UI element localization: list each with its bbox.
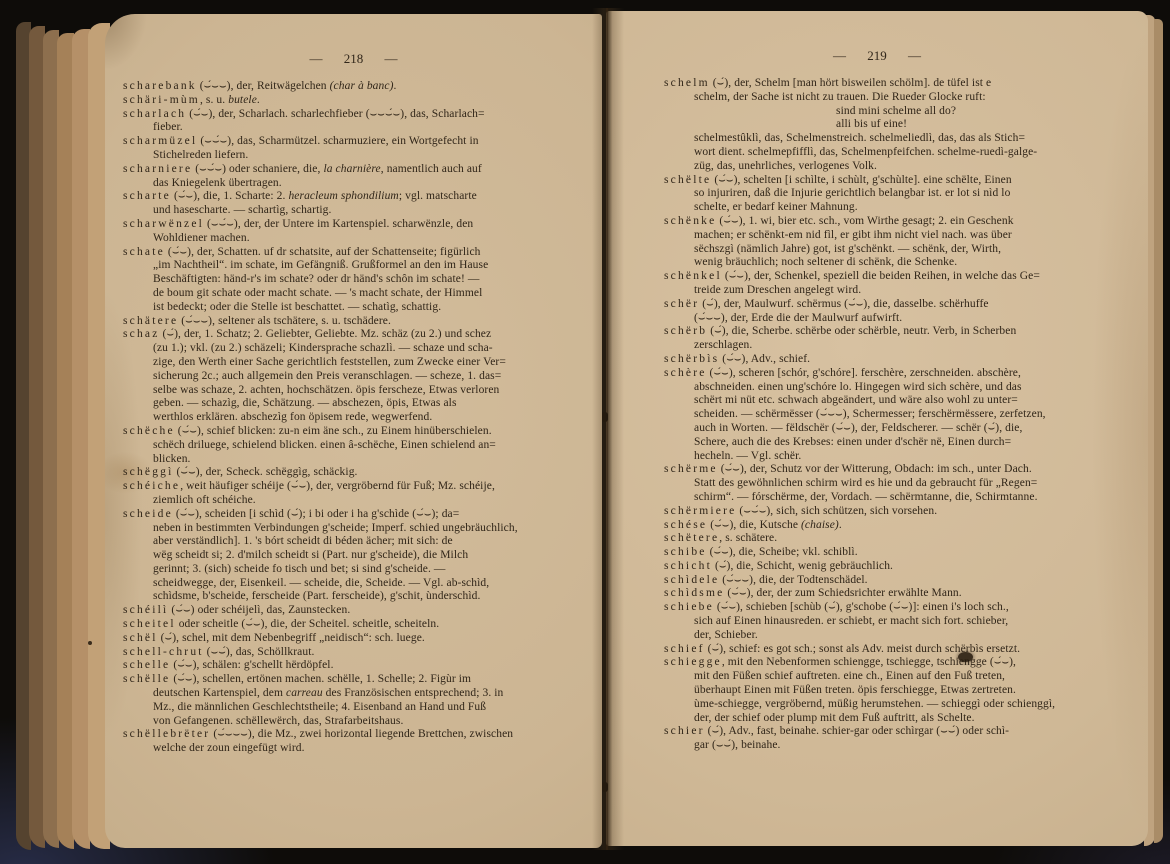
verse-line: alli bis uf eine! [664,118,1110,132]
page-219: — 219 — schelm (⌣́), der, Schelm [man hö… [606,11,1148,846]
headword: schibe [664,546,707,558]
headword: schell-chrut [123,646,204,658]
dictionary-entry: schëlle (⌣́⌣), schellen, ertönen machen.… [123,673,579,728]
page-number: — 218 — [105,14,602,67]
dictionary-entry: schëlte (⌣́⌣), schelten [i schìlte, i sc… [664,174,1110,215]
headword: schère [664,367,707,379]
dictionary-entry: schënkel (⌣́⌣), der, Schenkel, speziell … [664,270,1110,298]
dictionary-entry: schënke (⌣́⌣), 1. wi, bier etc. sch., vo… [664,215,1110,270]
page-text-column: schelm (⌣́), der, Schelm [man hört biswe… [606,77,1148,753]
headword: schate [123,246,165,258]
headword: schéilì [123,604,168,616]
page-number: — 219 — [606,11,1148,64]
dictionary-entry: schërbìs (⌣́⌣), Adv., schief. [664,353,1110,367]
headword: schäri-mùm [123,94,200,106]
dictionary-entry: schër (⌣́), der, Maulwurf. schërmus (⌣́⌣… [664,298,1110,326]
dictionary-entry: schicht (⌣́), die, Schicht, wenig gebräu… [664,560,1110,574]
dictionary-entry: scharlach (⌣́⌣), der, Scharlach. scharle… [123,108,579,136]
dictionary-entry: schiebe (⌣́⌣), schieben [schùb (⌣́), g's… [664,601,1110,642]
headword: schiebe [664,601,714,613]
dictionary-entry: schief (⌣́), schief: es got sch.; sonst … [664,643,1110,657]
dictionary-entry: schëllebrëter (⌣́⌣⌣⌣), die Mz., zwei hor… [123,728,579,756]
headword: schése [664,519,707,531]
dictionary-entry: schäri-mùm, s. u. butele. [123,94,579,108]
headword: schëlle [123,673,170,685]
headword: scharlach [123,108,186,120]
headword: schiegge [664,656,722,668]
dictionary-entry: schëtere, s. schätere. [664,532,1110,546]
headword: schëche [123,425,175,437]
page-218: — 218 — scharebank (⌣́⌣⌣), der, Reitwäge… [105,14,602,848]
dictionary-entry: schëche (⌣́⌣), schief blicken: zu-n eim … [123,425,579,466]
headword: schërb [664,325,707,337]
dictionary-entry: scharebank (⌣́⌣⌣), der, Reitwägelchen (c… [123,80,579,94]
headword: schëllebrëter [123,728,210,740]
headword: schicht [664,560,712,572]
headword: scharniere [123,163,192,175]
headword: schelle [123,659,170,671]
dictionary-entry: schël (⌣́), schel, mit dem Nebenbegriff … [123,632,579,646]
headword: schätere [123,315,178,327]
dictionary-entry: schiegge, mit den Nebenformen schiengge,… [664,656,1110,725]
headword: schërme [664,463,718,475]
dictionary-entry: schaz (⌣́), der, 1. Schatz; 2. Geliebter… [123,328,579,425]
binding-stitch [602,782,608,792]
headword: scharwënzel [123,218,204,230]
entry-continuation: schelmestûklì, das, Schelmenstreich. sch… [664,132,1110,173]
page-text-column: scharebank (⌣́⌣⌣), der, Reitwägelchen (c… [105,80,602,756]
dictionary-entry: schätere (⌣́⌣⌣), seltener als tschätere,… [123,315,579,329]
dictionary-entry: schërmiere (⌣⌣́⌣), sich, sich schützen, … [664,505,1110,519]
headword: schënke [664,215,716,227]
dictionary-entry: schìdele (⌣́⌣⌣), die, der Todtenschädel. [664,574,1110,588]
book-photo: { "colors": { "page": "#cdb795", "ink": … [0,0,1170,864]
headword: scheide [123,508,173,520]
dictionary-entry: schelle (⌣́⌣), schälen: g'schellt hërdöp… [123,659,579,673]
headword: schéiche [123,480,180,492]
dictionary-entry: scharte (⌣́⌣), die, 1. Scharte: 2. herac… [123,190,579,218]
headword: schëggì [123,466,174,478]
headword: schënkel [664,270,722,282]
headword: schier [664,725,705,737]
verse-line: sind mini schelme all do? [664,105,1110,119]
dictionary-entry: schell-chrut (⌣⌣́), das, Schöllkraut. [123,646,579,660]
headword: scheitel [123,618,176,630]
dictionary-entry: scharniere (⌣⌣́⌣) oder schaniere, die, l… [123,163,579,191]
headword: schërbìs [664,353,719,365]
ink-blot [958,652,973,662]
headword: schìdele [664,574,719,586]
dictionary-entry: scheitel oder scheitle (⌣́⌣), die, der S… [123,618,579,632]
dictionary-entry: schëggì (⌣́⌣), der, Scheck. schëggìg, sc… [123,466,579,480]
headword: schief [664,643,705,655]
dictionary-entry: schìdsme (⌣́⌣), der, der zum Schiedsrich… [664,587,1110,601]
headword: schëtere [664,532,719,544]
dictionary-entry: schier (⌣́), Adv., fast, beinahe. schier… [664,725,1110,753]
book-gutter-crease [606,8,608,850]
dictionary-entry: scharwënzel (⌣⌣́⌣), der, der Untere im K… [123,218,579,246]
headword: scharte [123,190,171,202]
headword: scharebank [123,80,197,92]
headword: schël [123,632,158,644]
page-stack-strip [1154,19,1163,843]
dictionary-entry: schërb (⌣́), die, Scherbe. schërbe oder … [664,325,1110,353]
dictionary-entry: schéilì (⌣́⌣) oder schéijelì, das, Zauns… [123,604,579,618]
dictionary-entry: schërme (⌣́⌣), der, Schutz vor der Witte… [664,463,1110,504]
headword: scharmüzel [123,135,197,147]
headword: schërmiere [664,505,736,517]
dictionary-entry: scheide (⌣́⌣), scheiden [i schìd (⌣́); i… [123,508,579,605]
dictionary-entry: scharmüzel (⌣⌣́⌣), das, Scharmützel. sch… [123,135,579,163]
ink-speck [88,641,92,645]
dictionary-entry: schéiche, weit häufiger schéije (⌣́⌣), d… [123,480,579,508]
dictionary-entry: schelm (⌣́), der, Schelm [man hört biswe… [664,77,1110,105]
headword: schëlte [664,174,711,186]
binding-stitch [602,412,608,422]
headword: schër [664,298,699,310]
headword: schelm [664,77,710,89]
dictionary-entry: schése (⌣́⌣), die, Kutsche (chaise). [664,519,1110,533]
dictionary-entry: schibe (⌣́⌣), die, Scheibe; vkl. schiblì… [664,546,1110,560]
dictionary-entry: schère (⌣́⌣), scheren [schór, g'schóre].… [664,367,1110,464]
headword: schaz [123,328,160,340]
dictionary-entry: schate (⌣́⌣), der, Schatten. uf dr schat… [123,246,579,315]
headword: schìdsme [664,587,724,599]
